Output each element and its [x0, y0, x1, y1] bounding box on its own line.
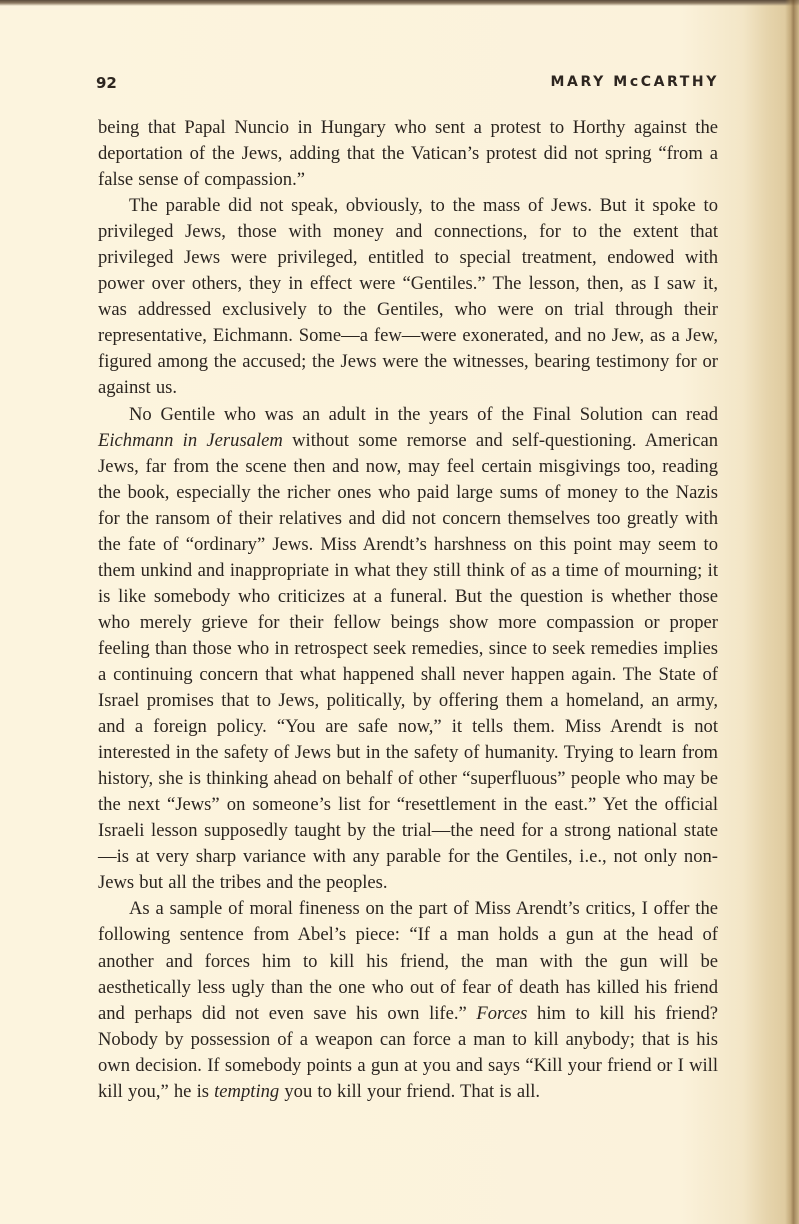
text-segment: No Gentile who was an adult in the years… — [129, 404, 718, 425]
body-text: being that Papal Nuncio in Hungary who s… — [98, 115, 718, 1105]
page-number: 92 — [96, 74, 117, 92]
emphasis-italic: tempting — [214, 1081, 279, 1102]
paragraph: The parable did not speak, obviously, to… — [98, 193, 718, 401]
paragraph: As a sample of moral fineness on the par… — [98, 896, 718, 1104]
text-segment: being that Papal Nuncio in Hungary who s… — [98, 117, 718, 190]
page-top-edge — [0, 0, 799, 6]
text-segment: The parable did not speak, obviously, to… — [98, 195, 718, 398]
emphasis-italic: Forces — [476, 1003, 527, 1024]
spine-shadow — [785, 0, 799, 1224]
page-header: 92 MARY McCARTHY — [96, 74, 719, 96]
paragraph: being that Papal Nuncio in Hungary who s… — [98, 115, 718, 193]
book-page: 92 MARY McCARTHY being that Papal Nuncio… — [0, 0, 799, 1224]
text-segment: without some remorse and self-questionin… — [98, 430, 718, 894]
paragraph: No Gentile who was an adult in the years… — [98, 402, 718, 897]
text-segment: you to kill your friend. That is all. — [279, 1081, 540, 1102]
running-head-author: MARY McCARTHY — [551, 74, 720, 90]
book-title-italic: Eichmann in Jerusalem — [98, 430, 283, 451]
